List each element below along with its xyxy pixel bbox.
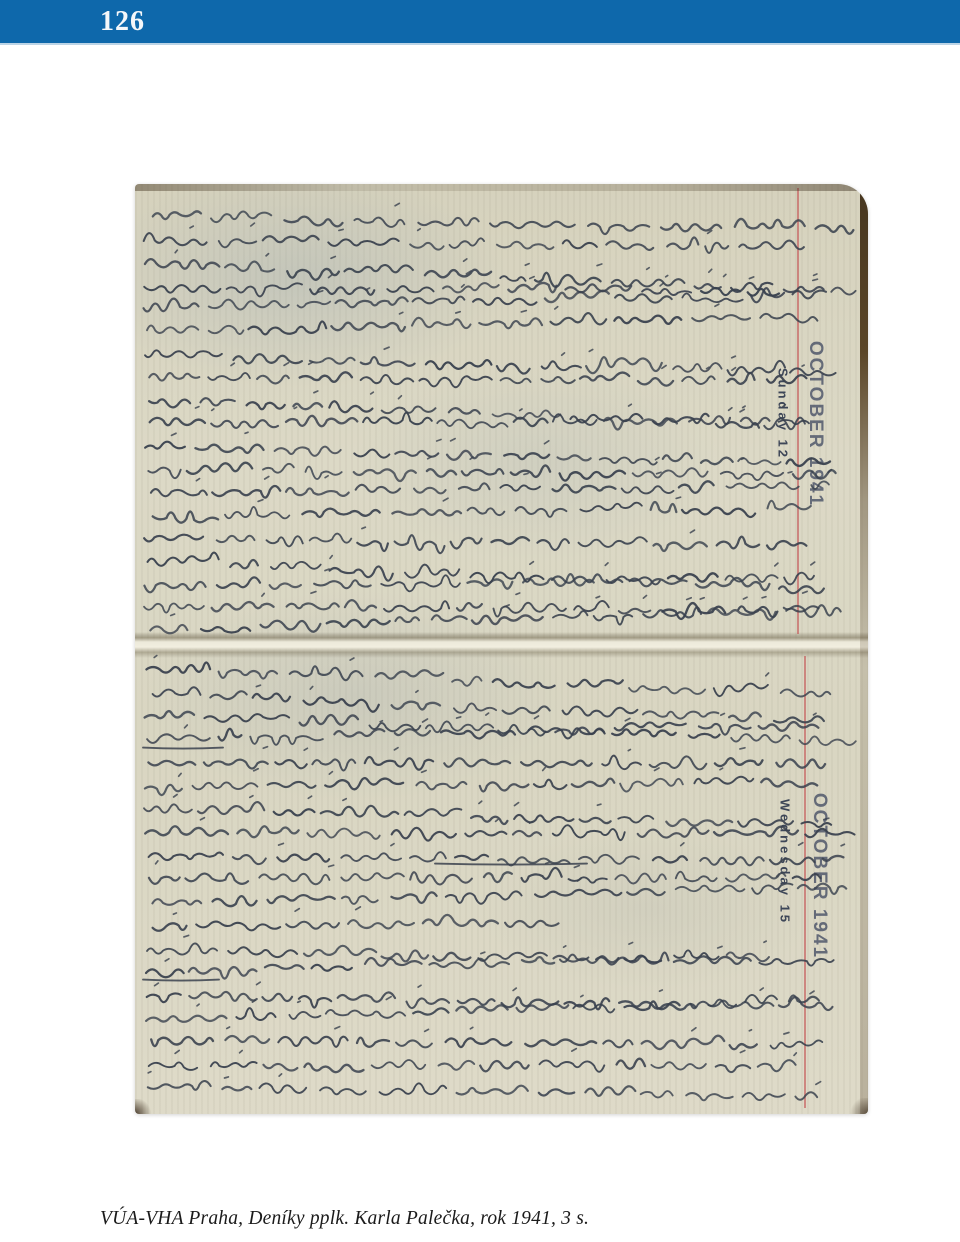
scan-corner-shadow-left	[135, 1099, 153, 1114]
page-header-bar: 126	[0, 0, 960, 45]
scan-corner-shadow-right	[848, 1098, 868, 1114]
handwriting-strokes	[135, 184, 868, 1114]
scan-right-edge	[860, 184, 868, 1114]
scan-top-edge	[135, 184, 868, 191]
page-number: 126	[100, 0, 145, 44]
diary-scan-figure: Sunday 12 OCTOBER 1941 Wednesday 15 OCTO…	[135, 184, 868, 1114]
book-page: 126 Sunday 12 OCTOBER 1941 Wednesday 15 …	[0, 0, 960, 1242]
figure-caption: VÚA-VHA Praha, Deníky pplk. Karla Palečk…	[100, 1208, 589, 1230]
